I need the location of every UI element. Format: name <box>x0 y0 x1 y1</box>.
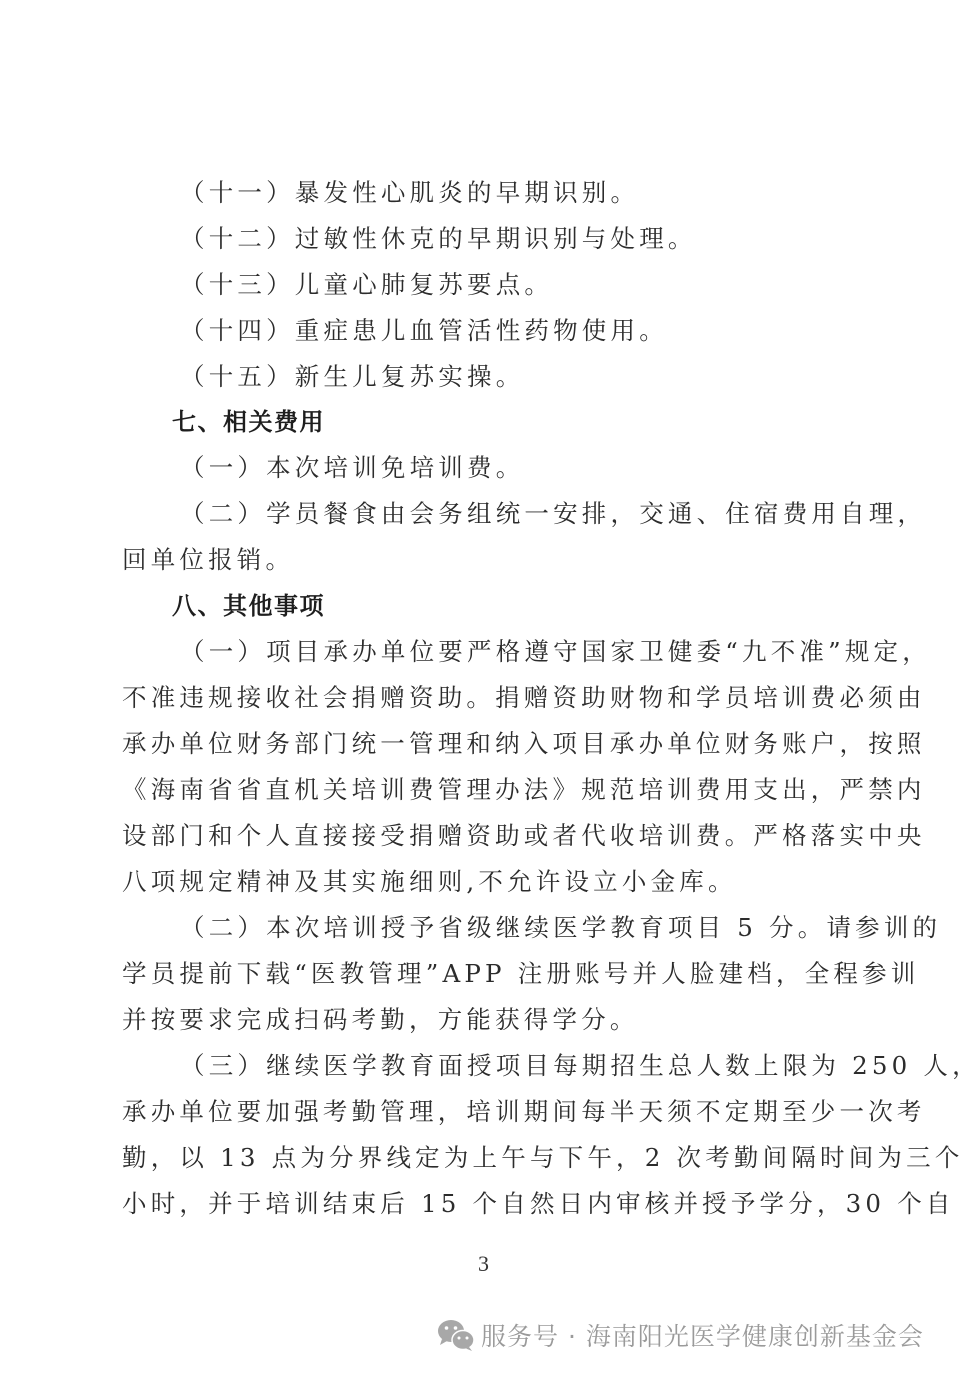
text-line: 承办单位财务部门统一管理和纳入项目承办单位财务账户，按照 <box>122 728 926 760</box>
text-line: （十一）暴发性心肌炎的早期识别。 <box>180 177 639 209</box>
text-line: （二）本次培训授予省级继续医学教育项目 5 分。请参训的 <box>180 912 941 944</box>
text-line: 学员提前下载“医教管理”APP 注册账号并人脸建档，全程参训 <box>122 958 920 990</box>
text-line: （三）继续医学教育面授项目每期招生总人数上限为 250 人， <box>180 1050 972 1082</box>
text-line: （十四）重症患儿血管活性药物使用。 <box>180 315 668 347</box>
wechat-icon <box>437 1318 475 1352</box>
text-line: 承办单位要加强考勤管理，培训期间每半天须不定期至少一次考 <box>122 1096 926 1128</box>
footer-watermark: 服务号 · 海南阳光医学健康创新基金会 <box>437 1317 924 1353</box>
text-line: （一）项目承办单位要严格遵守国家卫健委“九不准”规定， <box>180 636 931 668</box>
page-number: 3 <box>478 1251 489 1277</box>
text-line: 勤，以 13 点为分界线定为上午与下午，2 次考勤间隔时间为三个 <box>122 1142 964 1174</box>
text-line: 回单位报销。 <box>122 544 294 576</box>
document-page: （十一）暴发性心肌炎的早期识别。（十二）过敏性休克的早期识别与处理。（十三）儿童… <box>0 0 972 1374</box>
text-line: 不准违规接收社会捐赠资助。捐赠资助财物和学员培训费必须由 <box>122 682 926 714</box>
text-line: （十五）新生儿复苏实操。 <box>180 361 524 393</box>
text-line: 八项规定精神及其实施细则,不允许设立小金库。 <box>122 866 737 898</box>
footer-text: 服务号 · 海南阳光医学健康创新基金会 <box>481 1317 924 1353</box>
text-line: 《海南省省直机关培训费管理办法》规范培训费用支出，严禁内 <box>122 774 926 806</box>
text-line: （十三）儿童心肺复苏要点。 <box>180 269 553 301</box>
text-line: 小时，并于培训结束后 15 个自然日内审核并授予学分，30 个自 <box>122 1188 955 1220</box>
section-heading: 七、相关费用 <box>172 406 325 438</box>
text-line: 设部门和个人直接接受捐赠资助或者代收培训费。严格落实中央 <box>122 820 926 852</box>
text-line: （十二）过敏性休克的早期识别与处理。 <box>180 223 697 255</box>
text-line: 并按要求完成扫码考勤，方能获得学分。 <box>122 1004 639 1036</box>
text-line: （二）学员餐食由会务组统一安排，交通、住宿费用自理， <box>180 498 926 530</box>
text-line: （一）本次培训免培训费。 <box>180 452 524 484</box>
section-heading: 八、其他事项 <box>172 590 325 622</box>
